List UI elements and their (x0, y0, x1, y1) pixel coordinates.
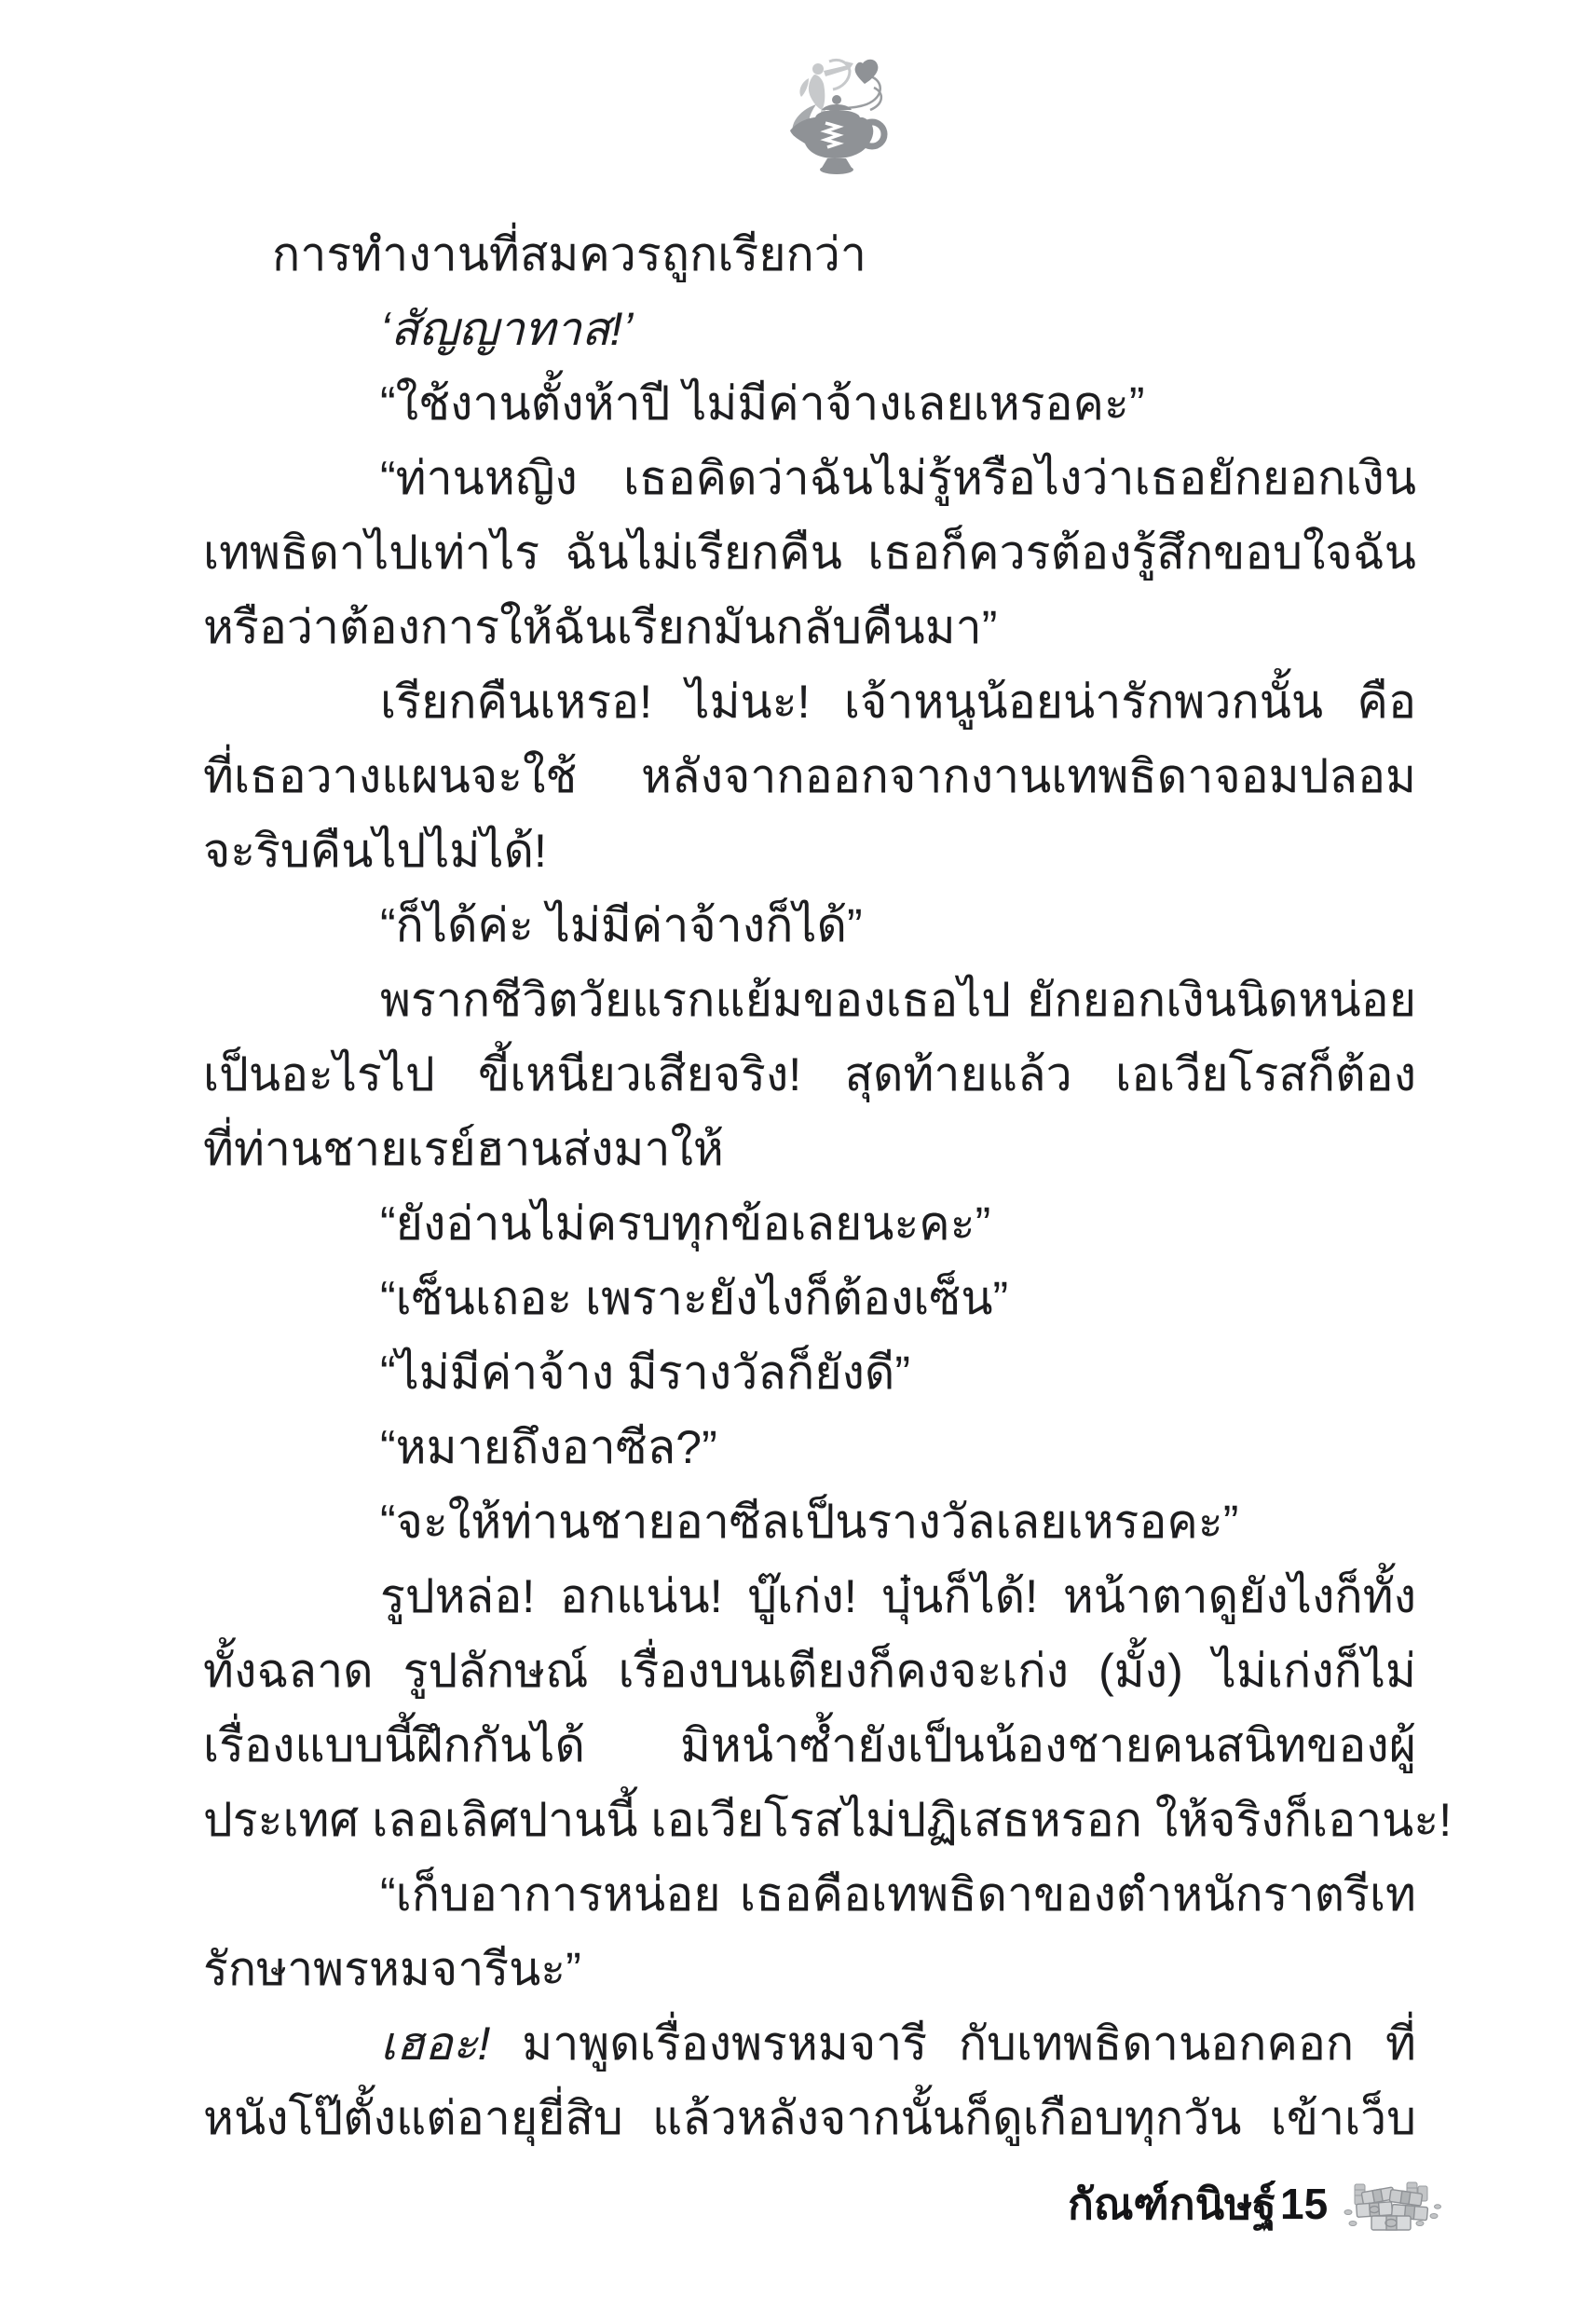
text-line: หรือว่าต้องการให้ฉันเรียกมันกลับคืนมา” (203, 590, 1416, 664)
text-line: “ยังอ่านไม่ครบทุกข้อเลยนะคะ” (203, 1186, 1416, 1261)
text-line: จะริบคืนไปไม่ได้! (203, 814, 1416, 888)
text-line: ประเทศ เลอเลิศปานนี้ เอเวียโรสไม่ปฏิเสธห… (203, 1783, 1416, 1857)
text-line: “ท่านหญิง เธอคิดว่าฉันไม่รู้หรือไงว่าเธอ… (203, 441, 1416, 515)
text-line: “ใช้งานตั้งห้าปี ไม่มีค่าจ้างเลยเหรอคะ” (203, 366, 1416, 441)
text-line: หนังโป๊ตั้งแต่อายุยี่สิบ แล้วหลังจากนั้น… (203, 2081, 1416, 2155)
text-line: รูปหล่อ! อกแน่น! บู๊เก่ง! บุ๋นก็ได้! หน้… (203, 1559, 1416, 1634)
text-line: เทพธิดาไปเท่าไร ฉันไม่เรียกคืน เธอก็ควรต… (203, 515, 1416, 590)
body-text: การทำงานที่สมควรถูกเรียกว่า ‘สัญญาทาส!’ … (203, 217, 1416, 2155)
text-line: “เก็บอาการหน่อย เธอคือเทพธิดาของตำหนักรา… (203, 1857, 1416, 1932)
lamp-body (790, 95, 884, 174)
text-line: “จะให้ท่านชายอาซีลเป็นรางวัลเลยเหรอคะ” (203, 1484, 1416, 1559)
text-line: เรื่องแบบนี้ฝึกกันได้ มิหนำซ้ำยังเป็นน้อ… (203, 1708, 1416, 1783)
text-line: “ก็ได้ค่ะ ไม่มีค่าจ้างก็ได้” (203, 888, 1416, 963)
page-number: 15 (1280, 2171, 1328, 2236)
text-line-italic: ‘สัญญาทาส!’ (203, 292, 1416, 366)
interjection-italic: เฮอะ! (380, 2017, 490, 2070)
text-line: รักษาพรหมจารีนะ” (203, 1932, 1416, 2006)
text-line: ที่ท่านชายเรย์ฮานส่งมาให้ (203, 1112, 1416, 1186)
text-line: “ไม่มีค่าจ้าง มีรางวัลก็ยังดี” (203, 1335, 1416, 1410)
money-pile-icon (1342, 2175, 1444, 2233)
text-line: การทำงานที่สมควรถูกเรียกว่า (203, 217, 1416, 292)
genie-lamp-ornament (781, 56, 893, 177)
book-title: กัณฑ์กนิษฐ์ (1068, 2171, 1276, 2236)
text-line: “หมายถึงอาซีล?” (203, 1410, 1416, 1484)
text-line: เป็นอะไรไป ขี้เหนียวเสียจริง! สุดท้ายแล้… (203, 1037, 1416, 1112)
text-line: ที่เธอวางแผนจะใช้ หลังจากออกจากงานเทพธิด… (203, 739, 1416, 814)
book-page: การทำงานที่สมควรถูกเรียกว่า ‘สัญญาทาส!’ … (0, 0, 1596, 2311)
text-line: เฮอะ! มาพูดเรื่องพรหมจารี กับเทพธิดานอกค… (203, 2006, 1416, 2081)
text-line: เรียกคืนเหรอ! ไม่นะ! เจ้าหนูน้อยน่ารักพว… (203, 664, 1416, 739)
text-line: ทั้งฉลาด รูปลักษณ์ เรื่องบนเตียงก็คงจะเก… (203, 1634, 1416, 1708)
text-segment: มาพูดเรื่องพรหมจารี กับเทพธิดานอกคอก ที่… (380, 2017, 1416, 2081)
text-line: “เซ็นเถอะ เพราะยังไงก็ต้องเซ็น” (203, 1261, 1416, 1335)
page-footer: กัณฑ์กนิษฐ์ 15 (0, 2171, 1596, 2246)
text-line: พรากชีวิตวัยแรกแย้มของเธอไป ยักยอกเงินนิ… (203, 963, 1416, 1037)
